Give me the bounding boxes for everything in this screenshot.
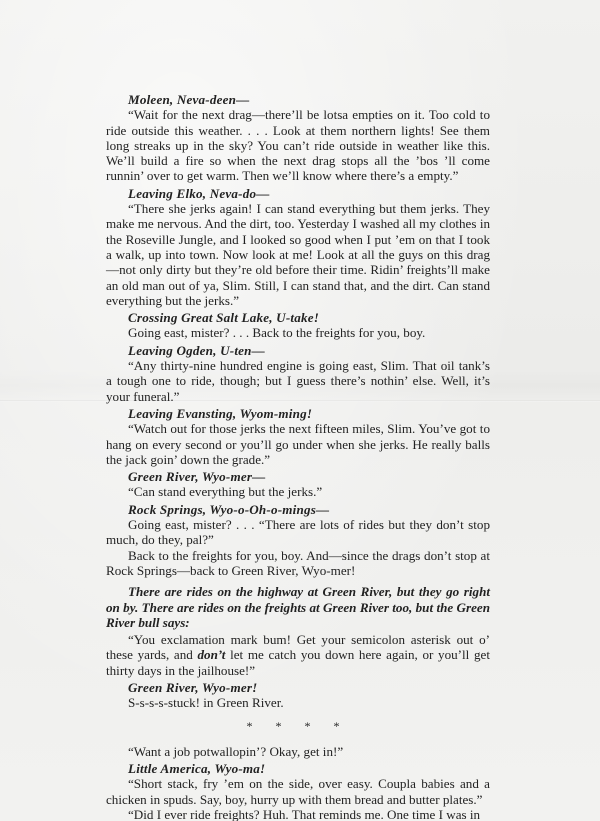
paragraph: “Short stack, fry ’em on the side, over … — [106, 776, 490, 807]
place-heading: Leaving Evansting, Wyom-ming! — [106, 406, 490, 421]
emphasis: don’t — [198, 647, 226, 662]
paragraph: “Watch out for those jerks the next fift… — [106, 421, 490, 467]
paragraph: “There she jerks again! I can stand ever… — [106, 201, 490, 308]
document-body: Moleen, Neva-deen— “Wait for the next dr… — [106, 90, 490, 821]
paragraph: Back to the freights for you, boy. And—s… — [106, 548, 490, 579]
place-heading: Little America, Wyo-ma! — [106, 761, 490, 776]
paragraph: “Did I ever ride freights? Huh. That rem… — [106, 807, 490, 821]
place-heading: Rock Springs, Wyo-o-Oh-o-mings— — [106, 502, 490, 517]
place-heading: Leaving Elko, Neva-do— — [106, 186, 490, 201]
paragraph-with-emphasis: “You exclamation mark bum! Get your semi… — [106, 632, 490, 678]
narration-bold-paragraph: There are rides on the highway at Green … — [106, 584, 490, 630]
place-heading: Green River, Wyo-mer— — [106, 469, 490, 484]
place-heading: Leaving Ogden, U-ten— — [106, 343, 490, 358]
section-break-asterisks: * * * * — [106, 719, 490, 734]
paragraph: “Can stand everything but the jerks.” — [106, 484, 490, 499]
paragraph: Going east, mister? . . . “There are lot… — [106, 517, 490, 548]
paragraph: “Want a job potwallopin’? Okay, get in!” — [106, 744, 490, 759]
paragraph: “Wait for the next drag—there’ll be lots… — [106, 107, 490, 183]
place-heading: Moleen, Neva-deen— — [106, 92, 490, 107]
paragraph: Going east, mister? . . . Back to the fr… — [106, 325, 490, 340]
place-heading: Crossing Great Salt Lake, U-take! — [106, 310, 490, 325]
paragraph: “Any thirty-nine hundred engine is going… — [106, 358, 490, 404]
place-heading: Green River, Wyo-mer! — [106, 680, 490, 695]
paragraph: S-s-s-s-stuck! in Green River. — [106, 695, 490, 710]
